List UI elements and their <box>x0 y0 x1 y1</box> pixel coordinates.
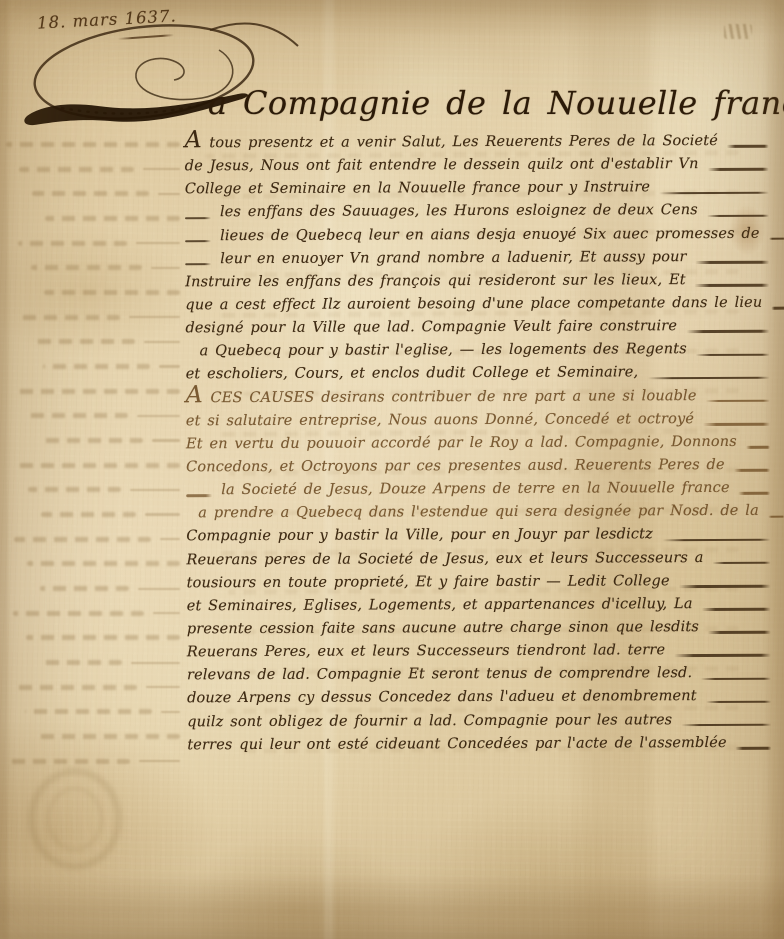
bleedthrough-row <box>6 709 180 714</box>
line-filler-dash <box>739 492 771 495</box>
manuscript-line: designé pour la Ville que lad. Compagnie… <box>185 318 771 344</box>
bleedthrough-row <box>6 389 180 394</box>
manuscript-line-text: douze Arpens cy dessus Concedez dans l'a… <box>187 688 697 706</box>
line-filler-dash <box>746 446 770 449</box>
bleedthrough-dash <box>136 242 180 244</box>
bleedthrough-row <box>6 142 180 147</box>
line-filler-dash <box>734 469 770 472</box>
line-filler-dash <box>706 400 770 403</box>
manuscript-line: Et en vertu du pouuoir accordé par le Ro… <box>186 434 772 460</box>
bleedthrough-row <box>6 537 180 542</box>
bleedthrough-scribble <box>38 734 180 739</box>
manuscript-line: Reuerans peres de la Societé de Jesus, e… <box>186 549 772 575</box>
bleedthrough-row <box>6 167 180 172</box>
bleedthrough-scribble <box>25 709 152 714</box>
parchment-page: 18. mars 1637. a Compagnie de la Nouuell… <box>0 0 784 939</box>
bleedthrough-row <box>6 438 180 443</box>
bleedthrough-dash <box>159 365 180 367</box>
date-annotation: 18. mars 1637. <box>37 6 178 32</box>
bleedthrough-row <box>6 339 180 344</box>
bleedthrough-row <box>6 216 180 221</box>
bleedthrough-row <box>6 586 180 591</box>
bleedthrough-scribble <box>32 191 149 196</box>
bleedthrough-scribble <box>39 660 122 665</box>
bleedthrough-dash <box>153 612 180 614</box>
bleedthrough-dash <box>152 439 180 441</box>
manuscript-line: presente cession faite sans aucune autre… <box>187 619 773 645</box>
manuscript-line: Instruire les enffans des françois qui r… <box>185 272 771 298</box>
manuscript-line: Reuerans Peres, eux et leurs Successeurs… <box>187 642 773 668</box>
bleedthrough-dash <box>130 489 180 491</box>
manuscript-line: et si salutaire entreprise, Nous auons D… <box>186 410 772 436</box>
bleedthrough-scribble <box>42 438 143 443</box>
bleedthrough-scribble <box>45 216 180 221</box>
bleedthrough-dash <box>144 341 180 343</box>
bleedthrough-dash <box>161 711 180 713</box>
lead-dash <box>185 263 211 266</box>
manuscript-line: College et Seminaire en la Nouuelle fran… <box>185 179 771 205</box>
bleedthrough-dash <box>143 168 180 170</box>
bleedthrough-dash <box>138 588 180 590</box>
line-filler-dash <box>703 423 770 426</box>
faint-ink-mark <box>724 24 752 39</box>
bleedthrough-row <box>6 463 180 468</box>
manuscript-line: la Societé de Jesus, Douze Arpens de ter… <box>186 480 772 506</box>
bleedthrough-row <box>6 660 180 665</box>
manuscript-line: Compagnie pour y bastir la Ville, pour e… <box>186 526 772 552</box>
line-filler-dash <box>695 284 770 287</box>
line-filler-dash <box>707 214 769 217</box>
manuscript-line-text: terres qui leur ont esté cideuant Conced… <box>187 735 726 753</box>
line-filler-dash <box>647 376 769 379</box>
manuscript-line: leur en enuoyer Vn grand nombre a laduen… <box>185 248 771 274</box>
bleedthrough-row <box>6 685 180 690</box>
manuscript-line: tousiours en toute proprieté, Et y faire… <box>187 572 773 598</box>
manuscript-line: relevans de lad. Compagnie Et seront ten… <box>187 665 773 691</box>
manuscript-line-text: et si salutaire entreprise, Nous auons D… <box>186 411 694 429</box>
bleedthrough-row <box>6 241 180 246</box>
bleedthrough-scribble <box>13 611 144 616</box>
bleedthrough-row <box>6 487 180 492</box>
lead-dash <box>185 240 211 243</box>
manuscript-line-text: tousiours en toute proprieté, Et y faire… <box>187 573 670 591</box>
manuscript-line-text: que a cest effect Ilz auroient besoing d… <box>185 295 762 314</box>
bleedthrough-scribble <box>43 364 150 369</box>
manuscript-line: A tous presentz et a venir Salut, Les Re… <box>185 133 771 159</box>
line-filler-dash <box>662 538 771 541</box>
bleedthrough-scribble <box>19 167 134 172</box>
title-line: a Compagnie de la Nouuelle france <box>208 84 772 122</box>
manuscript-line-text: de Jesus, Nous ont fait entendre le dess… <box>185 156 699 174</box>
manuscript-line-text: leur en enuoyer Vn grand nombre a laduen… <box>220 249 687 267</box>
seal-bleedthrough <box>28 768 122 870</box>
line-filler-dash <box>696 261 770 264</box>
line-filler-dash <box>681 724 771 727</box>
line-filler-dash <box>696 353 770 356</box>
bleedthrough-dash <box>139 760 180 762</box>
manuscript-line: A CES CAUSES desirans contribuer de nre … <box>186 387 772 413</box>
bleedthrough-margin-column <box>6 142 180 764</box>
manuscript-line-text: relevans de lad. Compagnie Et seront ten… <box>187 665 692 683</box>
manuscript-line-text: Instruire les enffans des françois qui r… <box>185 272 686 290</box>
line-filler-dash <box>768 515 784 518</box>
manuscript-line: lieues de Quebecq leur en aians desja en… <box>185 225 771 251</box>
line-filler-dash <box>771 307 784 310</box>
manuscript-line: douze Arpens cy dessus Concedez dans l'a… <box>187 688 773 714</box>
manuscript-line-text: a prendre a Quebecq dans l'estendue qui … <box>198 503 759 521</box>
bleedthrough-dash <box>137 415 180 417</box>
manuscript-line-text: quilz sont obligez de fournir a lad. Com… <box>187 712 672 730</box>
bleedthrough-dash <box>151 267 180 269</box>
bleedthrough-scribble <box>28 487 121 492</box>
line-filler-dash <box>708 631 771 634</box>
bleedthrough-scribble <box>14 537 151 542</box>
manuscript-line-text: a Quebecq pour y bastir l'eglise, — les … <box>200 341 687 359</box>
bleedthrough-row <box>6 191 180 196</box>
manuscript-line: les enffans des Sauuages, les Hurons esl… <box>185 202 771 228</box>
bleedthrough-row <box>6 635 180 640</box>
manuscript-line-text: et escholiers, Cours, et enclos dudit Co… <box>186 365 639 383</box>
manuscript-line-text: A tous presentz et a venir Salut, Les Re… <box>185 133 718 151</box>
bleedthrough-scribble <box>44 290 180 295</box>
manuscript-line-text: lieues de Quebecq leur en aians desja en… <box>220 225 760 243</box>
bleedthrough-scribble <box>12 685 137 690</box>
lead-dash <box>186 495 212 498</box>
manuscript-lines: A tous presentz et a venir Salut, Les Re… <box>185 133 774 760</box>
bleedthrough-scribble <box>6 142 180 147</box>
manuscript-line-text: Reuerans peres de la Societé de Jesus, e… <box>186 550 703 568</box>
manuscript-line: de Jesus, Nous ont fait entendre le dess… <box>185 156 771 182</box>
manuscript-line: a prendre a Quebecq dans l'estendue qui … <box>186 503 772 529</box>
manuscript-line: quilz sont obligez de fournir a lad. Com… <box>187 711 773 737</box>
bleedthrough-scribble <box>29 413 128 418</box>
bleedthrough-dash <box>129 316 180 318</box>
bleedthrough-row <box>6 611 180 616</box>
manuscript-line-text: Reuerans Peres, eux et leurs Successeurs… <box>187 642 665 660</box>
bleedthrough-row <box>6 290 180 295</box>
bleedthrough-row <box>6 759 180 764</box>
bleedthrough-scribble <box>27 561 180 566</box>
manuscript-line-text: Et en vertu du pouuoir accordé par le Ro… <box>186 434 737 452</box>
manuscript-line-text: designé pour la Ville que lad. Compagnie… <box>185 318 677 336</box>
bleedthrough-row <box>6 265 180 270</box>
line-filler-dash <box>708 168 769 171</box>
line-filler-dash <box>674 654 771 657</box>
line-filler-dash <box>713 562 771 565</box>
bleedthrough-scribble <box>40 586 129 591</box>
manuscript-line-text: Concedons, et Octroyons par ces presente… <box>186 457 725 475</box>
manuscript-line: terres qui leur ont esté cideuant Conced… <box>187 734 773 760</box>
manuscript-line: que a cest effect Ilz auroient besoing d… <box>185 295 771 321</box>
line-filler-dash <box>686 330 769 333</box>
line-filler-dash <box>679 585 771 588</box>
line-filler-dash <box>701 677 771 680</box>
bleedthrough-scribble <box>26 635 180 640</box>
bleedthrough-scribble <box>31 265 142 270</box>
line-filler-dash <box>727 145 769 148</box>
lead-dash <box>185 217 211 220</box>
line-filler-dash <box>736 747 772 750</box>
bleedthrough-dash <box>160 538 180 540</box>
bleedthrough-scribble <box>15 463 180 468</box>
bleedthrough-scribble <box>18 241 127 246</box>
bleedthrough-scribble <box>30 339 135 344</box>
bleedthrough-dash <box>146 686 180 688</box>
manuscript-line-text: A CES CAUSES desirans contribuer de nre … <box>186 388 697 406</box>
bleedthrough-row <box>6 561 180 566</box>
line-filler-dash <box>702 608 771 611</box>
document-title: a Compagnie de la Nouuelle france <box>208 84 784 122</box>
manuscript-line: a Quebecq pour y bastir l'eglise, — les … <box>186 341 772 367</box>
manuscript-line: Concedons, et Octroyons par ces presente… <box>186 457 772 483</box>
bleedthrough-dash <box>131 662 180 664</box>
manuscript-line-text: Compagnie pour y bastir la Ville, pour e… <box>186 527 653 545</box>
manuscript-line-text: la Societé de Jesus, Douze Arpens de ter… <box>221 480 730 498</box>
manuscript-line: et escholiers, Cours, et enclos dudit Co… <box>186 364 772 390</box>
date-underline <box>118 34 174 40</box>
bleedthrough-scribble <box>16 389 180 394</box>
bleedthrough-row <box>6 315 180 320</box>
bleedthrough-dash <box>158 193 180 195</box>
line-filler-dash <box>769 237 784 240</box>
manuscript-line-text: et Seminaires, Eglises, Logements, et ap… <box>187 596 693 614</box>
bleedthrough-scribble <box>41 512 136 517</box>
bleedthrough-row <box>6 734 180 739</box>
bleedthrough-row <box>6 512 180 517</box>
bleedthrough-scribble <box>17 315 120 320</box>
bleedthrough-scribble <box>11 759 130 764</box>
line-filler-dash <box>706 700 771 703</box>
bleedthrough-dash <box>145 513 180 515</box>
bleedthrough-row <box>6 364 180 369</box>
manuscript-line-text: presente cession faite sans aucune autre… <box>187 619 699 637</box>
manuscript-line-text: College et Seminaire en la Nouuelle fran… <box>185 180 650 198</box>
line-filler-dash <box>659 191 769 194</box>
manuscript-line-text: les enffans des Sauuages, les Hurons esl… <box>220 202 698 220</box>
manuscript-line: et Seminaires, Eglises, Logements, et ap… <box>187 596 773 622</box>
bleedthrough-row <box>6 413 180 418</box>
